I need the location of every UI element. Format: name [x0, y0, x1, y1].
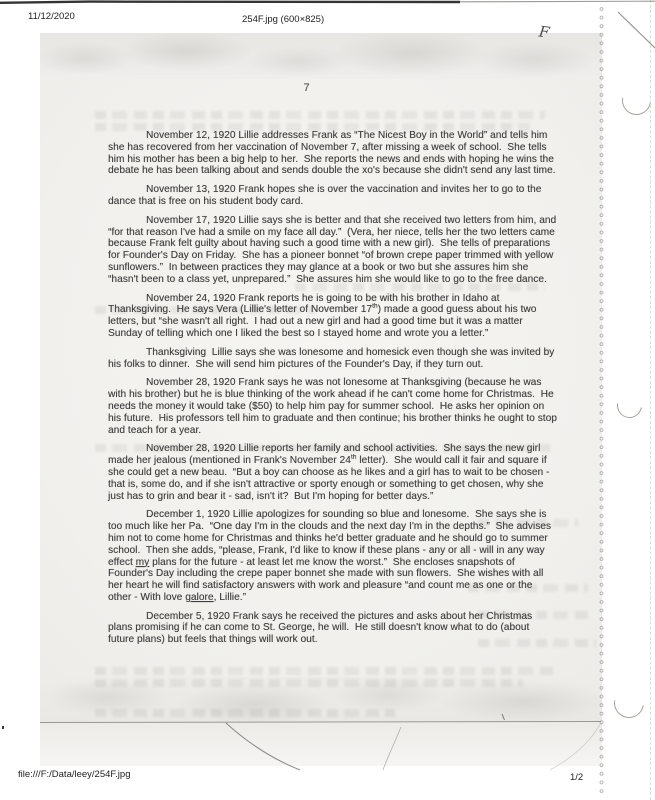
- ghost-text-line: [95, 709, 395, 717]
- paragraph: Thanksgiving Lillie says she was lonesom…: [108, 347, 558, 371]
- paragraph: December 1, 1920 Lillie apologizes for s…: [108, 509, 558, 603]
- print-header-date: 11/12/2020: [28, 11, 75, 22]
- underlined-text: galore: [185, 592, 213, 603]
- superscript: th: [351, 454, 357, 461]
- scan-speck: [2, 726, 4, 729]
- superscript: th: [372, 303, 378, 310]
- perforation-strip: [597, 5, 606, 795]
- paragraph: November 28, 1920 Lillie reports her fam…: [108, 443, 558, 502]
- scan-area-below-page: [40, 723, 602, 766]
- print-preview-page: { "colors": { "scan_paper": "#f2f1ee", "…: [0, 0, 655, 800]
- handwritten-mark: F: [538, 22, 551, 41]
- paragraph: November 24, 1920 Frank reports he is go…: [108, 293, 558, 340]
- print-header-title: 254F.jpg (600×825): [242, 14, 324, 25]
- underlined-text: my: [136, 557, 150, 568]
- binder-hole: [612, 388, 647, 423]
- paragraph: November 13, 1920 Frank hopes she is ove…: [108, 184, 558, 208]
- paragraph: November 28, 1920 Frank says he was not …: [108, 377, 558, 436]
- print-footer-url: file:///F:/Data/leey/254F.jpg: [18, 769, 130, 780]
- paragraph: November 12, 1920 Lillie addresses Frank…: [108, 130, 558, 177]
- print-footer-page-indicator: 1/2: [570, 772, 583, 783]
- page-number: 7: [82, 82, 532, 94]
- paragraph: November 17, 1920 Lillie says she is bet…: [108, 215, 558, 286]
- binder-hole: [608, 682, 650, 724]
- ghost-text-line: [95, 679, 523, 687]
- ghost-text-line: [95, 111, 545, 119]
- ghost-text-line: [95, 667, 553, 675]
- scan-shadow-band-top: [40, 33, 602, 79]
- scanned-document-image: 7 November 12, 1920 Lillie addresses Fra…: [40, 33, 602, 766]
- paragraph: December 5, 1920 Frank says he received …: [108, 611, 558, 646]
- page-edge-line: [650, 0, 651, 800]
- document-paragraphs: November 12, 1920 Lillie addresses Frank…: [108, 130, 558, 653]
